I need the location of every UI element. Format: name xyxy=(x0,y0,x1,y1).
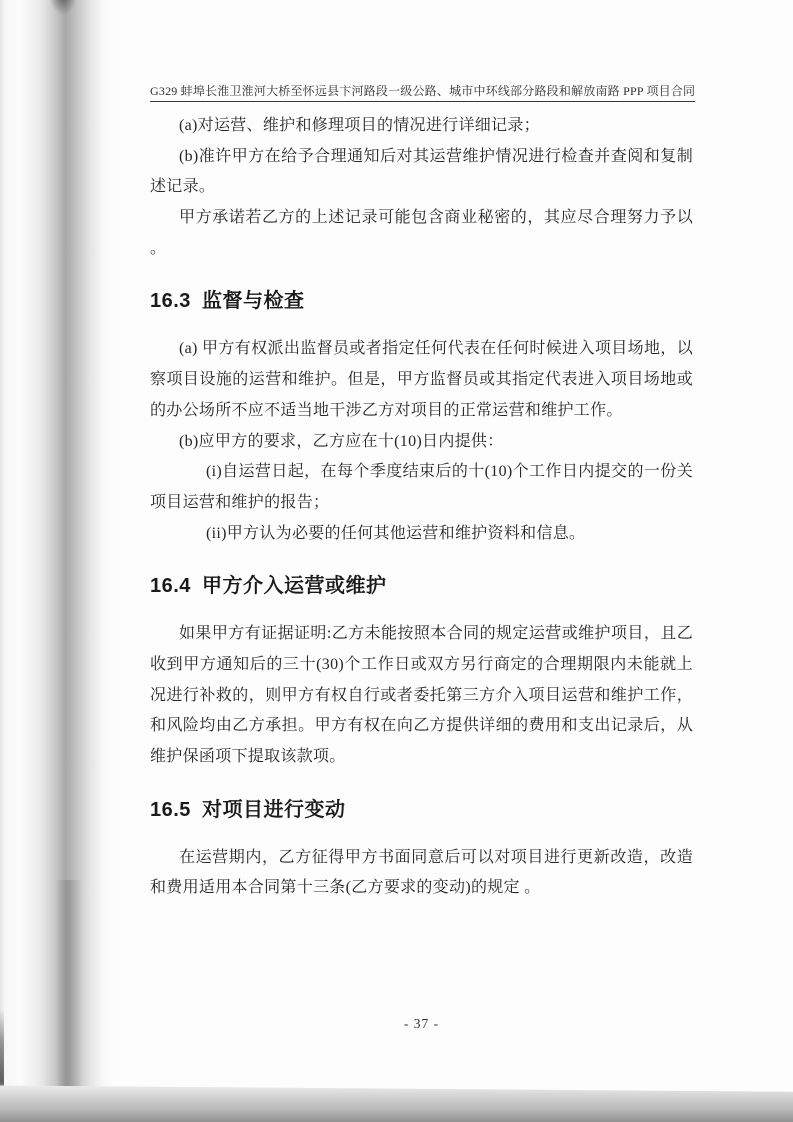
text-line: (b)准许甲方在给予合理通知后对其运营维护情况进行检查并查阅和复制上 xyxy=(150,142,693,173)
text-line: 甲方承诺若乙方的上述记录可能包含商业秘密的，其应尽合理努力予以保密 xyxy=(150,203,693,234)
document-body: (a)对运营、维护和修理项目的情况进行详细记录；(b)准许甲方在给予合理通知后对… xyxy=(150,111,693,904)
text-line: 维护保函项下提取该款项。 xyxy=(150,742,693,773)
page-number: - 37 - xyxy=(404,1016,439,1031)
scanned-contract-page: G329 蚌埠长淮卫淮河大桥至怀远县卞河路段一级公路、城市中环线部分路段和解放南… xyxy=(0,0,793,1122)
text-line: 察项目设施的运营和维护。但是，甲方监督员或其指定代表进入项目场地或乙方 xyxy=(150,365,693,396)
text-line: 在运营期内，乙方征得甲方书面同意后可以对项目进行更新改造，改造程序 xyxy=(150,843,693,874)
scan-bottom-band xyxy=(0,1080,793,1122)
text-line: 收到甲方通知后的三十(30)个工作日或双方另行商定的合理期限内未能就上述情 xyxy=(150,650,693,681)
text-line: 如果甲方有证据证明:乙方未能按照本合同的规定运营或维护项目，且乙方在 xyxy=(150,619,693,650)
text-line: 和费用适用本合同第十三条(乙方要求的变动)的规定 。 xyxy=(150,873,693,904)
section-heading-16-3: 16.3 监督与检查 xyxy=(150,288,693,314)
text-line: 。 xyxy=(150,234,693,265)
page-edge-line xyxy=(0,1010,4,1090)
page-header-title: G329 蚌埠长淮卫淮河大桥至怀远县卞河路段一级公路、城市中环线部分路段和解放南… xyxy=(150,84,695,102)
text-line: 和风险均由乙方承担。甲方有权在向乙方提供详细的费用和支出记录后，从运营 xyxy=(150,711,693,742)
page-header: G329 蚌埠长淮卫淮河大桥至怀远县卞河路段一级公路、城市中环线部分路段和解放南… xyxy=(150,82,693,102)
section-heading-16-4: 16.4 甲方介入运营或维护 xyxy=(150,573,693,599)
text-line: (ii)甲方认为必要的任何其他运营和维护资料和信息。 xyxy=(150,519,693,550)
text-line: (a)对运营、维护和修理项目的情况进行详细记录； xyxy=(150,111,693,142)
text-line: 项目运营和维护的报告； xyxy=(150,488,693,519)
page-footer: - 37 - xyxy=(150,1016,693,1032)
text-line: (i)自运营日起，在每个季度结束后的十(10)个工作日内提交的一份关于 xyxy=(150,457,693,488)
text-line: 述记录。 xyxy=(150,172,693,203)
text-line: 的办公场所不应不适当地干涉乙方对项目的正常运营和维护工作。 xyxy=(150,396,693,427)
text-line: (a) 甲方有权派出监督员或者指定任何代表在任何时候进入项目场地，以监 xyxy=(150,334,693,365)
section-heading-16-5: 16.5 对项目进行变动 xyxy=(150,797,693,823)
text-line: 况进行补救的，则甲方有权自行或者委托第三方介入项目运营和维护工作，费用 xyxy=(150,681,693,712)
corner-smudge xyxy=(50,0,76,14)
gutter-shadow-lower xyxy=(56,880,82,1088)
text-line: (b)应甲方的要求，乙方应在十(10)日内提供： xyxy=(150,427,693,458)
